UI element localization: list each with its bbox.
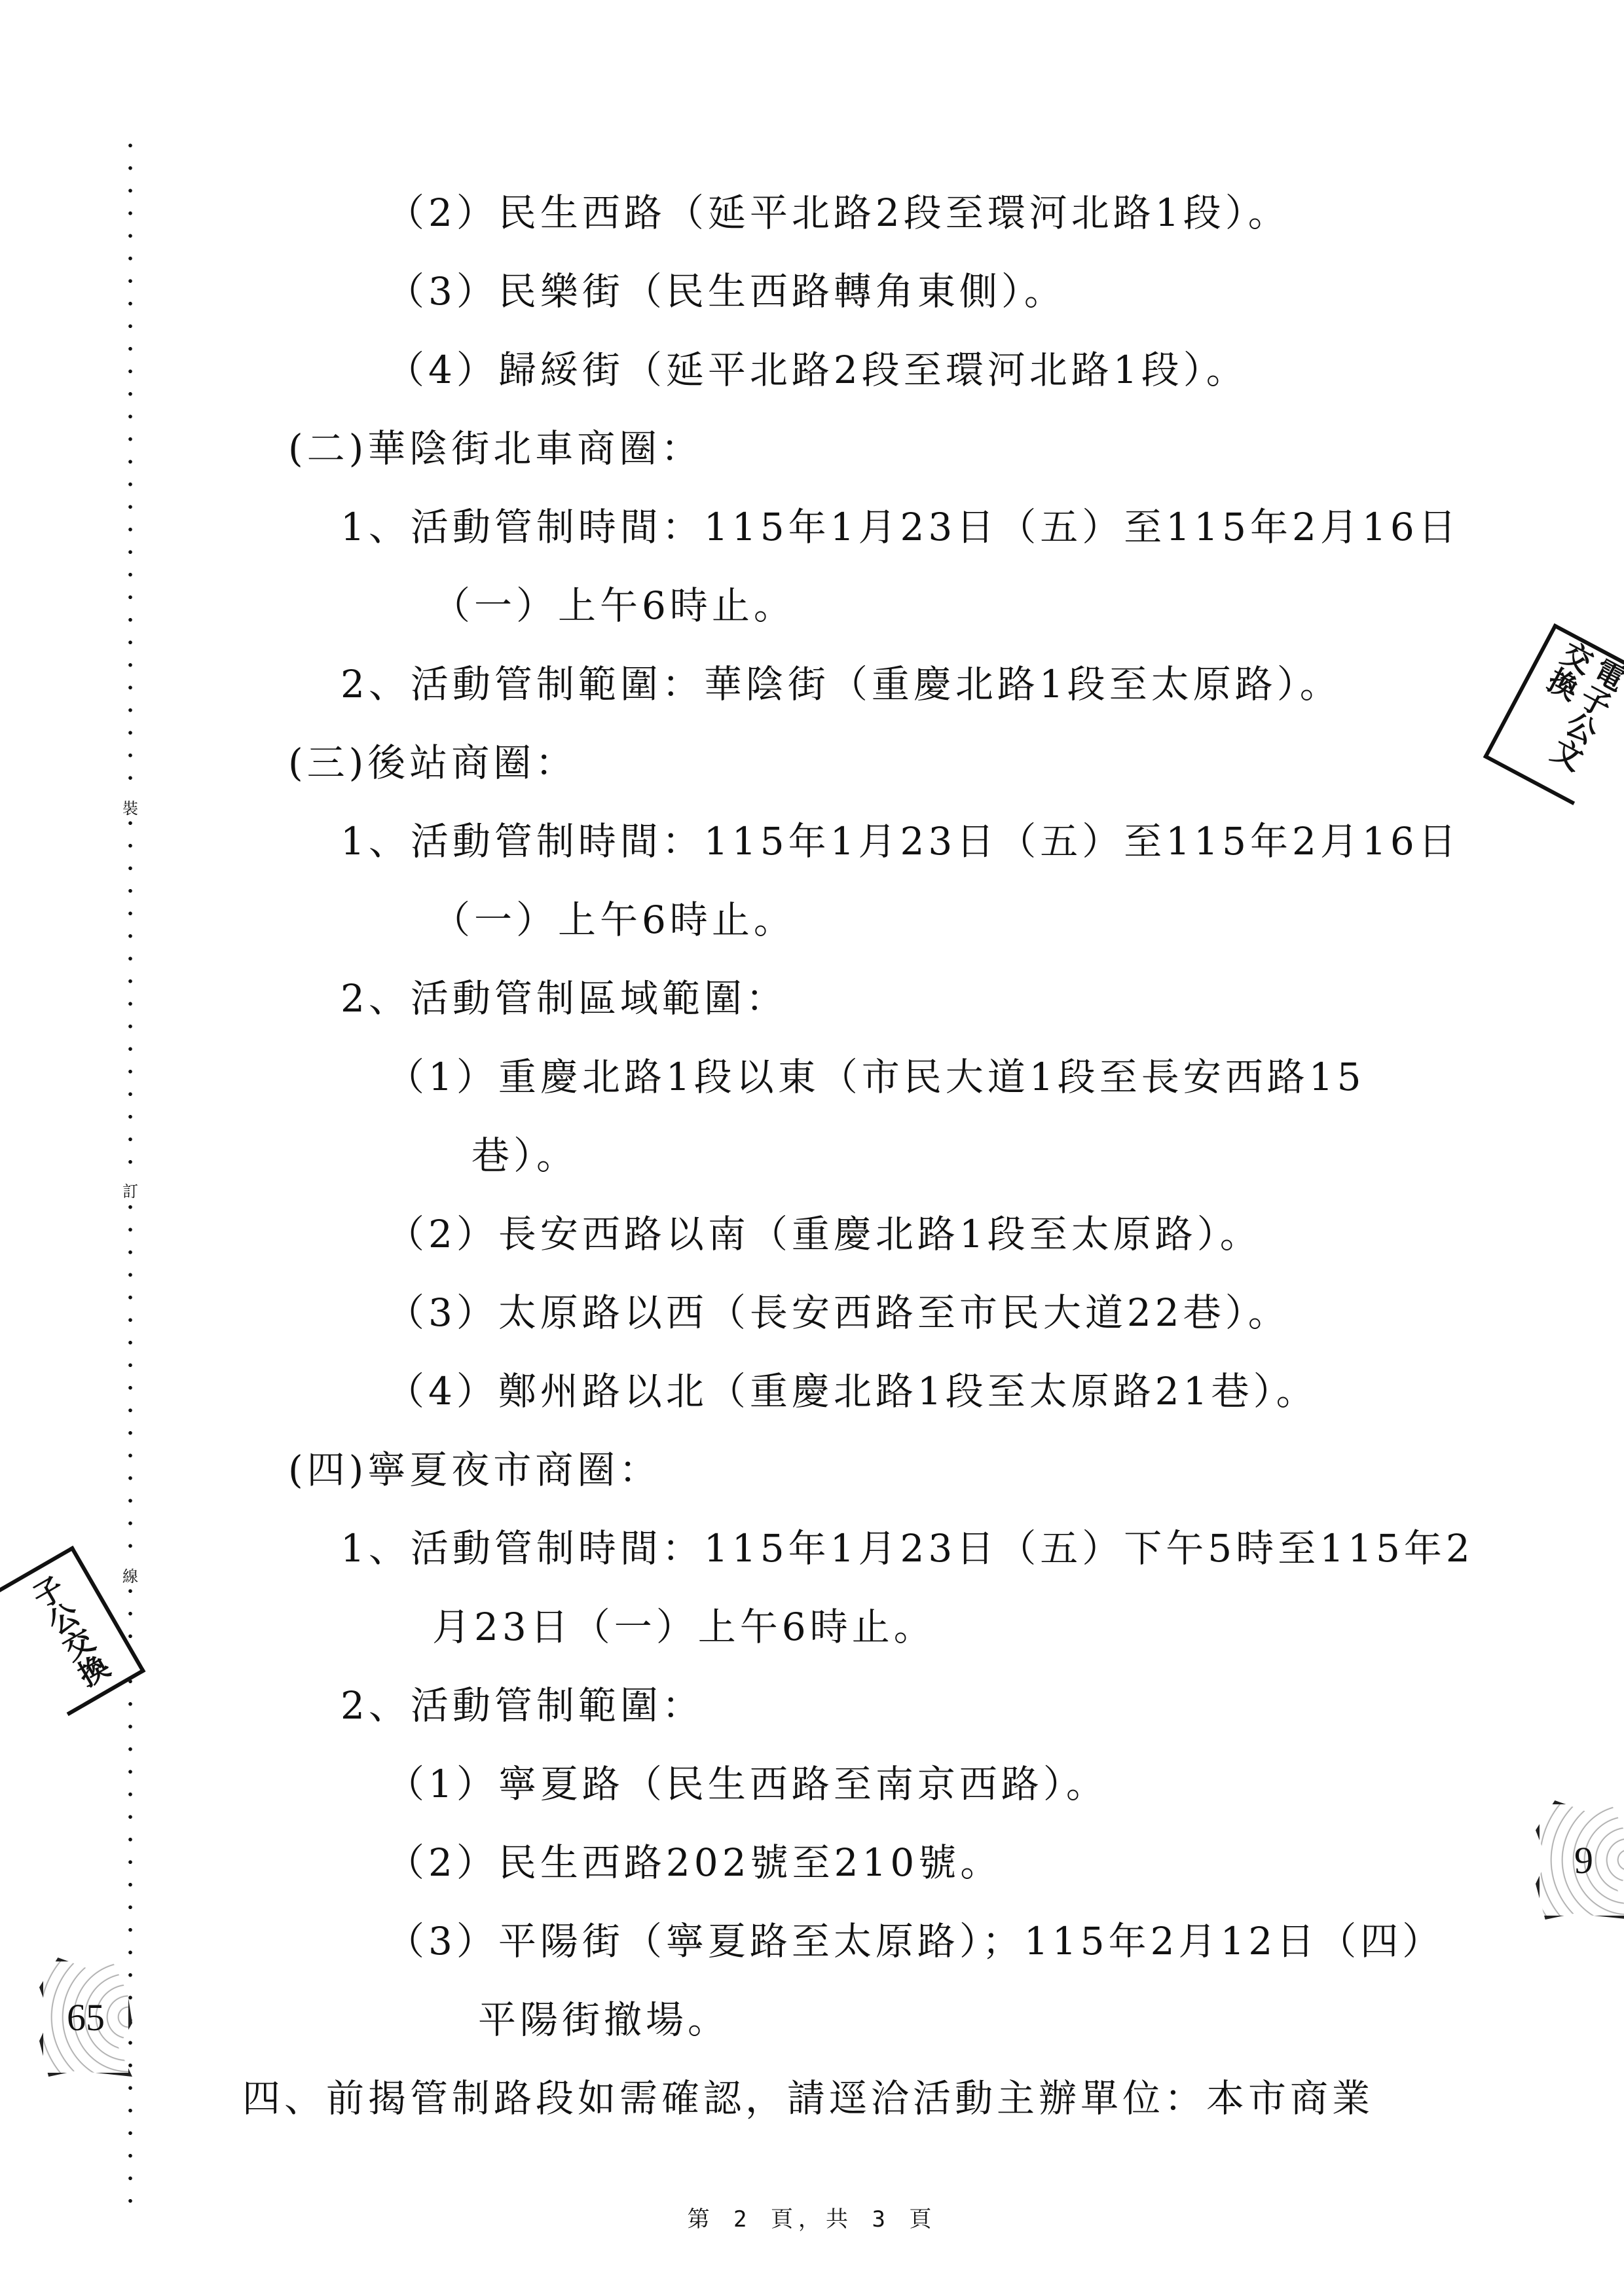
ningxia-control-range: 2、活動管制範圍： [341, 1683, 704, 1728]
electronic-exchange-seal-right: 電子公文交換 [1483, 623, 1624, 805]
huayin-control-time-cont: （一）上午6時止。 [432, 583, 796, 629]
ningxia-control-time-cont: 月23日（一）上午6時止。 [432, 1604, 936, 1650]
section-heading-huayin: (二)華陰街北車商圈： [288, 426, 703, 471]
binding-label-zhuang: 裝 [122, 799, 139, 818]
page-number-footer: 第 2 頁，共 3 頁 [0, 2201, 1624, 2233]
list-item-minle-st: （3）民樂街（民生西路轉角東側）。 [386, 268, 1066, 314]
list-item-ningxia-rd: （1）寧夏路（民生西路至南京西路）。 [386, 1761, 1108, 1807]
binding-label-xian: 線 [122, 1567, 139, 1586]
list-item-guisui-st: （4）歸綏街（延平北路2段至環河北路1段）。 [386, 347, 1248, 393]
page-stamp-number: 65 [67, 1995, 105, 2039]
list-item-pingyang-st: （3）平陽街（寧夏路至太原路）；115年2月12日（四） [386, 1918, 1444, 1964]
section-heading-houzhan: (三)後站商圈： [288, 740, 577, 786]
houzhan-control-area: 2、活動管制區域範圍： [341, 975, 788, 1021]
list-item-chongqing-n-rd-cont: 巷）。 [471, 1133, 578, 1178]
huayin-control-time: 1、活動管制時間：115年1月23日（五）至115年2月16日 [341, 504, 1460, 550]
page-stamp-number: 9 [1574, 1838, 1593, 1882]
list-item-taiyuan-rd: （3）太原路以西（長安西路至市民大道22巷）。 [386, 1290, 1290, 1336]
list-item-changan-w-rd: （2）長安西路以南（重慶北路1段至太原路）。 [386, 1211, 1262, 1257]
page-stamp-right: 9 [1536, 1800, 1624, 1920]
list-item-chongqing-n-rd: （1）重慶北路1段以東（市民大道1段至長安西路15 [386, 1054, 1365, 1100]
list-item-pingyang-st-cont: 平陽街撤場。 [478, 1997, 729, 2043]
list-item-zhengzhou-rd: （4）鄭州路以北（重慶北路1段至太原路21巷）。 [386, 1368, 1318, 1414]
binding-dotted-line [128, 134, 132, 2203]
list-item-minsheng-w-rd: （2）民生西路（延平北路2段至環河北路1段）。 [386, 190, 1290, 236]
binding-label-ding: 訂 [122, 1182, 139, 1201]
seal-text: 子公交換 [24, 1571, 115, 1692]
section-heading-ningxia: (四)寧夏夜市商圈： [288, 1447, 661, 1493]
seal-text: 電子公文交換 [1500, 634, 1624, 796]
houzhan-control-time: 1、活動管制時間：115年1月23日（五）至115年2月16日 [341, 818, 1460, 864]
houzhan-control-time-cont: （一）上午6時止。 [432, 897, 796, 943]
page-stamp-left: 65 [39, 1958, 132, 2077]
huayin-control-range: 2、活動管制範圍：華陰街（重慶北路1段至太原路）。 [341, 661, 1342, 707]
list-item-minsheng-w-rd-202: （2）民生西路202號至210號。 [386, 1840, 1002, 1886]
paragraph-four-confirmation: 四、前揭管制路段如需確認，請逕洽活動主辦單位：本市商業 [242, 2075, 1374, 2121]
ningxia-control-time: 1、活動管制時間：115年1月23日（五）下午5時至115年2 [341, 1525, 1474, 1571]
